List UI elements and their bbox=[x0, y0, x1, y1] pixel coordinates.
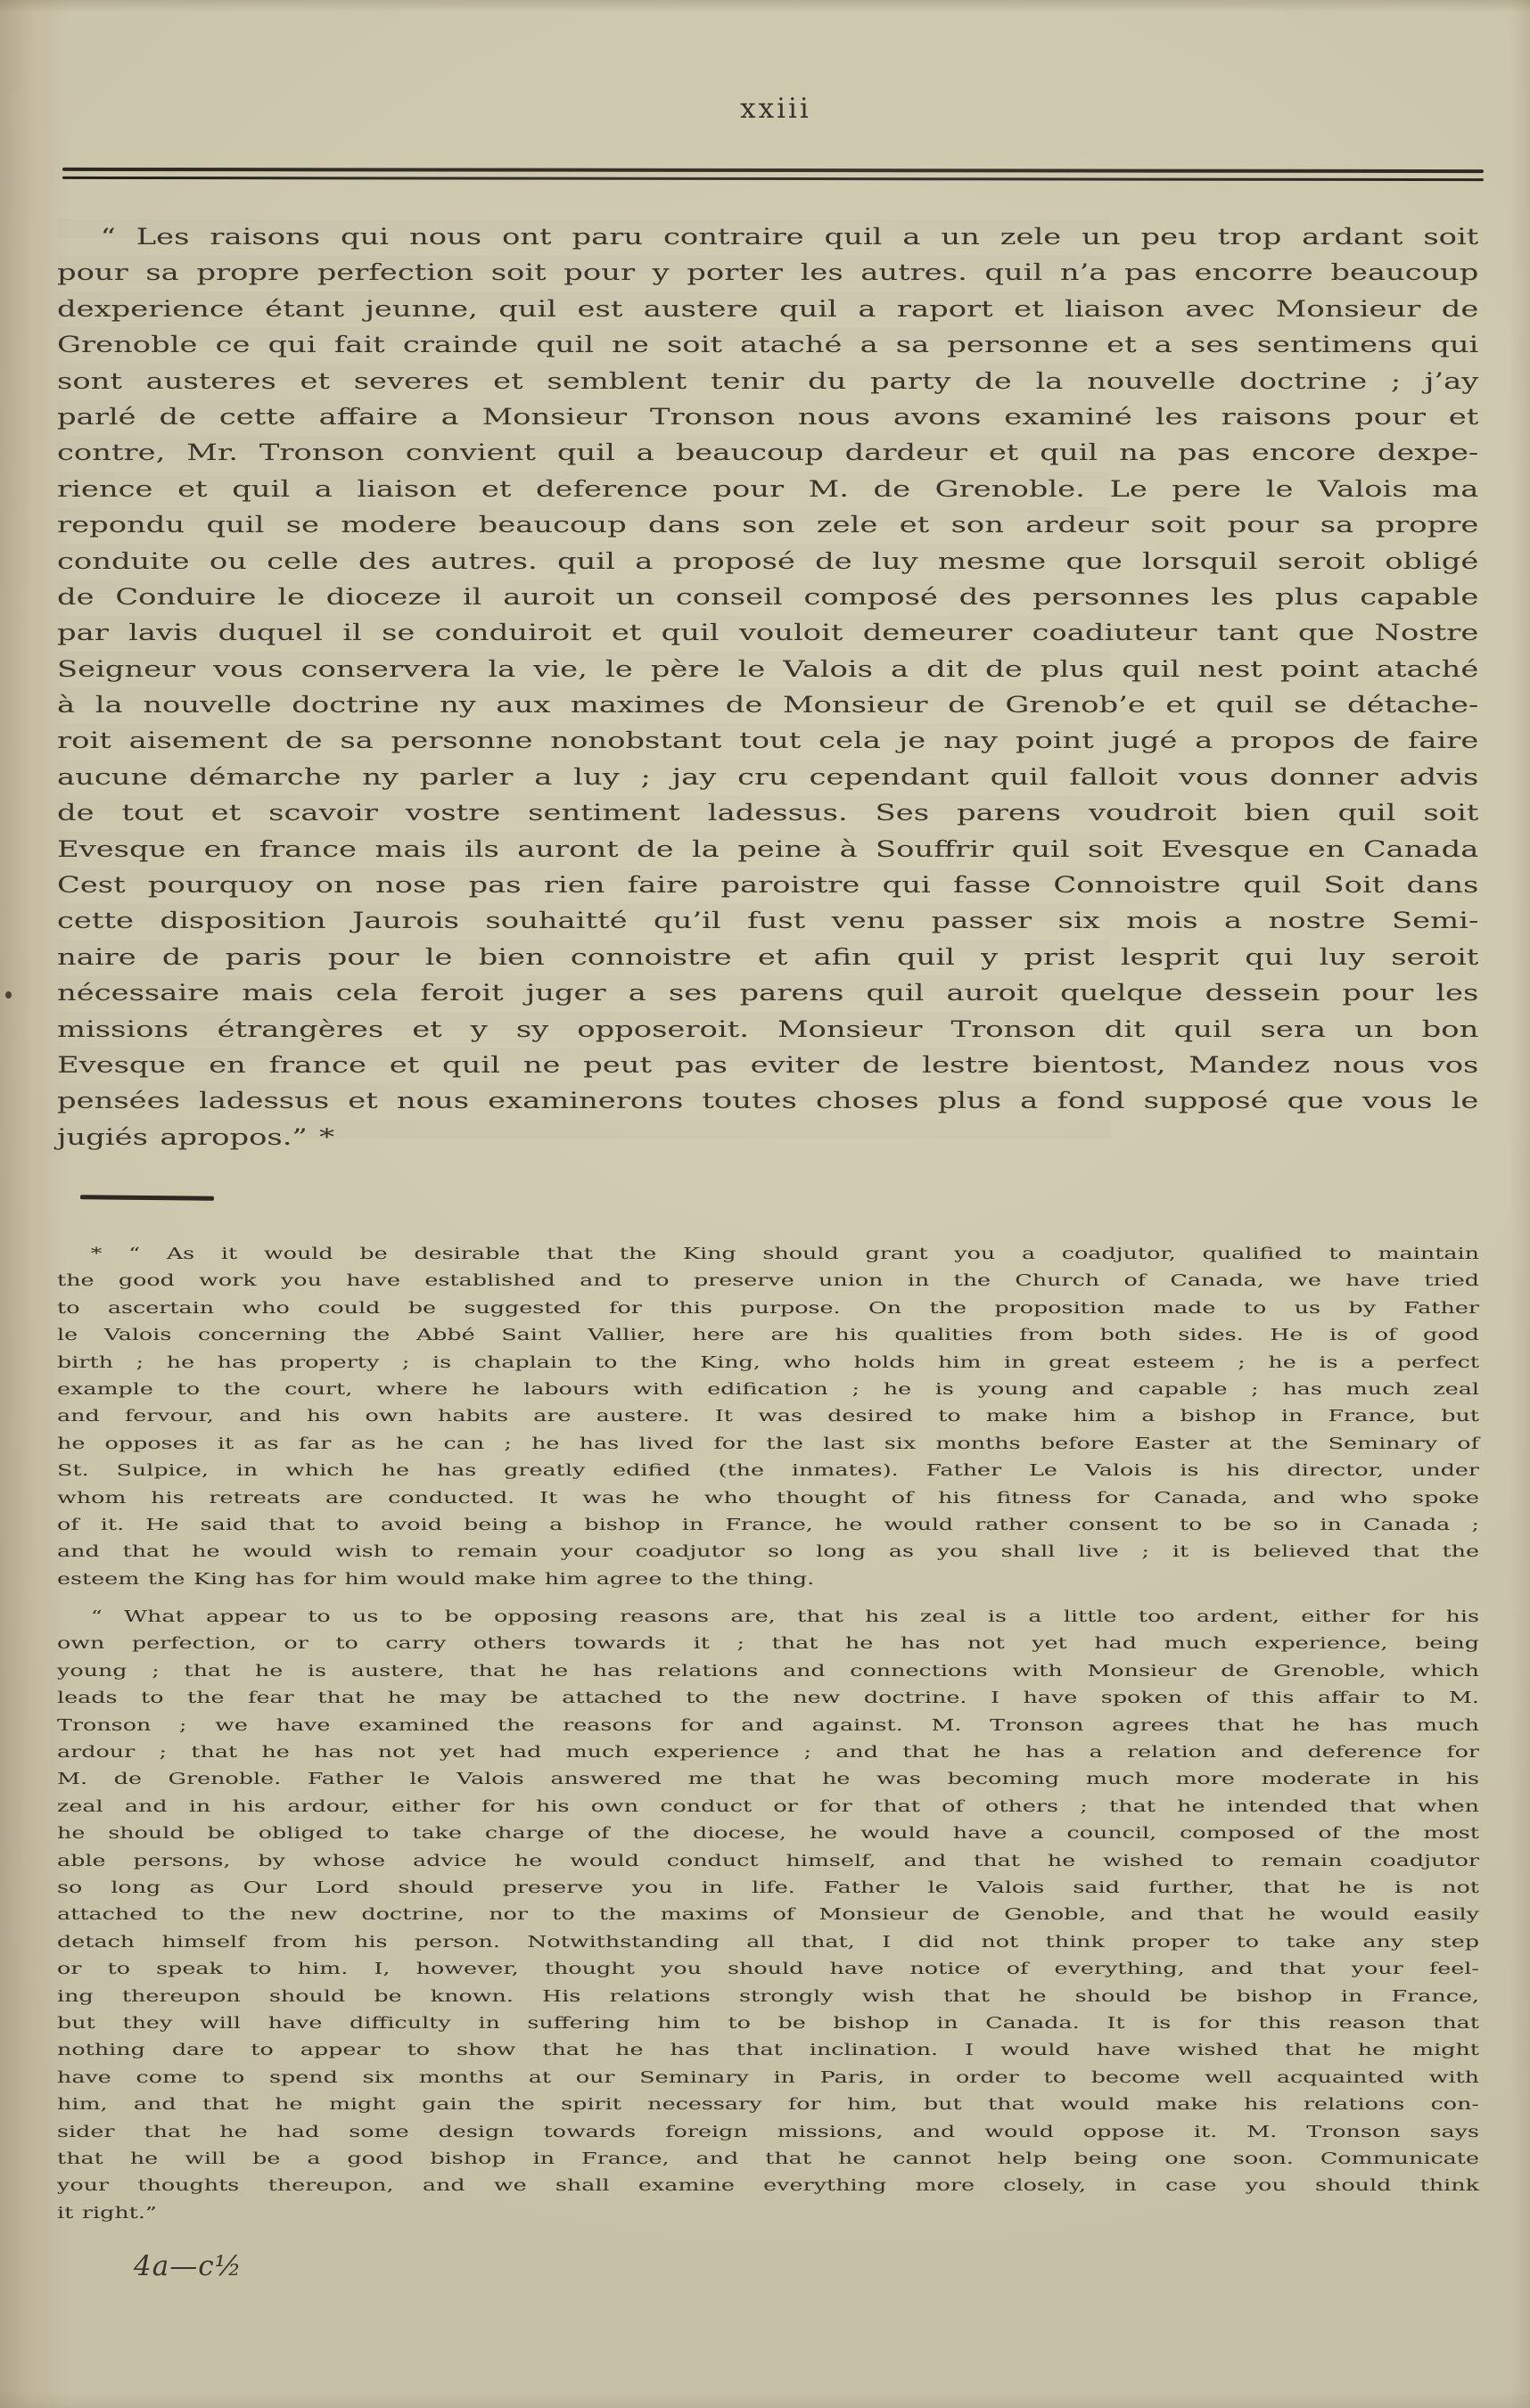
text-line: whom his retreats are conducted. It was … bbox=[57, 1485, 1479, 1512]
text-line: sider that he had some design towards fo… bbox=[57, 2119, 1479, 2146]
text-line: ardour ; that he has not yet had much ex… bbox=[57, 1739, 1479, 1766]
rule-line-bottom bbox=[62, 177, 1484, 181]
text-line: or to speak to him. I, however, thought … bbox=[57, 1956, 1479, 1983]
text-line: Tronson ; we have examined the reasons f… bbox=[57, 1713, 1479, 1739]
text-line: parlé de cette affaire a Monsieur Tronso… bbox=[57, 399, 1478, 435]
text-line: have come to spend six months at our Sem… bbox=[57, 2065, 1479, 2092]
text-line: Evesque en france et quil ne peut pas ev… bbox=[57, 1048, 1478, 1083]
text-line: Seigneur vous conservera la vie, le père… bbox=[57, 652, 1478, 687]
footnote-paragraph-2: “ What appear to us to be opposing reaso… bbox=[57, 1604, 1038, 2227]
text-line: he should be obliged to take charge of t… bbox=[57, 1820, 1479, 1847]
text-line: detach himself from his person. Notwiths… bbox=[57, 1929, 1479, 1956]
letter-body-french: “ Les raisons qui nous ont paru contrair… bbox=[57, 219, 1110, 1155]
text-line: your thoughts thereupon, and we shall ex… bbox=[57, 2173, 1479, 2199]
text-line: able persons, by whose advice he would c… bbox=[57, 1848, 1479, 1875]
rule-line-top bbox=[62, 168, 1484, 173]
text-line: he opposes it as far as he can ; he has … bbox=[57, 1431, 1479, 1458]
text-line: M. de Grenoble. Father le Valois answere… bbox=[57, 1766, 1479, 1793]
text-line: roit aisement de sa personne nonobstant … bbox=[57, 723, 1478, 759]
text-line: * “ As it would be desirable that the Ki… bbox=[57, 1241, 1479, 1268]
text-line: and that he would wish to remain your co… bbox=[57, 1539, 1479, 1566]
text-line: de tout et scavoir vostre sentiment lade… bbox=[57, 795, 1478, 831]
text-line: de Conduire le dioceze il auroit un cons… bbox=[57, 579, 1478, 615]
page-number: xxiii bbox=[0, 93, 1530, 125]
text-line: contre, Mr. Tronson convient quil a beau… bbox=[57, 435, 1478, 471]
text-line: attached to the new doctrine, nor to the… bbox=[57, 1902, 1479, 1928]
footnote-paragraph-1: * “ As it would be desirable that the Ki… bbox=[57, 1241, 1038, 1593]
text-line: le Valois concerning the Abbé Saint Vall… bbox=[57, 1322, 1479, 1349]
text-line: à la nouvelle doctrine ny aux maximes de… bbox=[57, 687, 1478, 723]
footnote-translation: * “ As it would be desirable that the Ki… bbox=[57, 1241, 1038, 2227]
text-line: that he will be a good bishop in France,… bbox=[57, 2146, 1479, 2173]
text-line: St. Sulpice, in which he has greatly edi… bbox=[57, 1458, 1479, 1484]
text-line: “ Les raisons qui nous ont paru contrair… bbox=[57, 219, 1478, 255]
text-line: it right.” bbox=[57, 2200, 1479, 2227]
text-line: but they will have difficulty in sufferi… bbox=[57, 2010, 1479, 2037]
text-line: sont austeres et severes et semblent ten… bbox=[57, 364, 1478, 399]
book-page: xxiii “ Les raisons qui nous ont paru co… bbox=[0, 0, 1530, 2408]
text-line: Grenoble ce qui fait crainde quil ne soi… bbox=[57, 327, 1478, 363]
text-line: aucune démarche ny parler a luy ; jay cr… bbox=[57, 760, 1478, 795]
footnote-separator-rule bbox=[80, 1195, 214, 1201]
text-line: pensées ladessus et nous examinerons tou… bbox=[57, 1083, 1478, 1119]
text-line: of it. He said that to avoid being a bis… bbox=[57, 1512, 1479, 1539]
text-line: ing thereupon should be known. His relat… bbox=[57, 1984, 1479, 2010]
text-line: example to the court, where he labours w… bbox=[57, 1377, 1479, 1403]
text-line: to ascertain who could be suggested for … bbox=[57, 1295, 1479, 1322]
text-line: young ; that he is austere, that he has … bbox=[57, 1658, 1479, 1685]
text-line: and fervour, and his own habits are aust… bbox=[57, 1403, 1479, 1430]
header-double-rule bbox=[62, 168, 1484, 181]
text-line: him, and that he might gain the spirit n… bbox=[57, 2092, 1479, 2118]
text-line: birth ; he has property ; is chaplain to… bbox=[57, 1350, 1479, 1377]
text-line: own perfection, or to carry others towar… bbox=[57, 1631, 1479, 1657]
text-line: leads to the fear that he may be attache… bbox=[57, 1685, 1479, 1712]
text-line: par lavis duquel il se conduiroit et qui… bbox=[57, 615, 1478, 651]
text-line: cette disposition Jaurois souhaitté qu’i… bbox=[57, 903, 1478, 939]
text-line: jugiés apropos.” * bbox=[57, 1120, 1478, 1155]
text-line: esteem the King has for him would make h… bbox=[57, 1566, 1479, 1593]
signature-mark: 4a—c½ bbox=[134, 2250, 243, 2282]
text-line: nothing dare to appear to show that he h… bbox=[57, 2037, 1479, 2064]
text-line: conduite ou celle des autres. quil a pro… bbox=[57, 544, 1478, 579]
text-line: zeal and in his ardour, either for his o… bbox=[57, 1794, 1479, 1820]
text-line: rience et quil a liaison et deference po… bbox=[57, 472, 1478, 507]
text-line: dexperience étant jeunne, quil est auste… bbox=[57, 292, 1478, 327]
text-line: the good work you have established and t… bbox=[57, 1268, 1479, 1294]
text-line: missions étrangères et y sy opposeroit. … bbox=[57, 1012, 1478, 1048]
text-line: repondu quil se modere beaucoup dans son… bbox=[57, 507, 1478, 543]
text-line: naire de paris pour le bien connoistre e… bbox=[57, 940, 1478, 975]
text-line: Evesque en france mais ils auront de la … bbox=[57, 832, 1478, 867]
text-line: Cest pourquoy on nose pas rien faire par… bbox=[57, 867, 1478, 903]
text-line: pour sa propre perfection soit pour y po… bbox=[57, 255, 1478, 291]
text-line: nécessaire mais cela feroit juger a ses … bbox=[57, 975, 1478, 1011]
text-line: “ What appear to us to be opposing reaso… bbox=[57, 1604, 1479, 1631]
text-line: so long as Our Lord should preserve you … bbox=[57, 1875, 1479, 1902]
ink-speck bbox=[5, 991, 12, 999]
